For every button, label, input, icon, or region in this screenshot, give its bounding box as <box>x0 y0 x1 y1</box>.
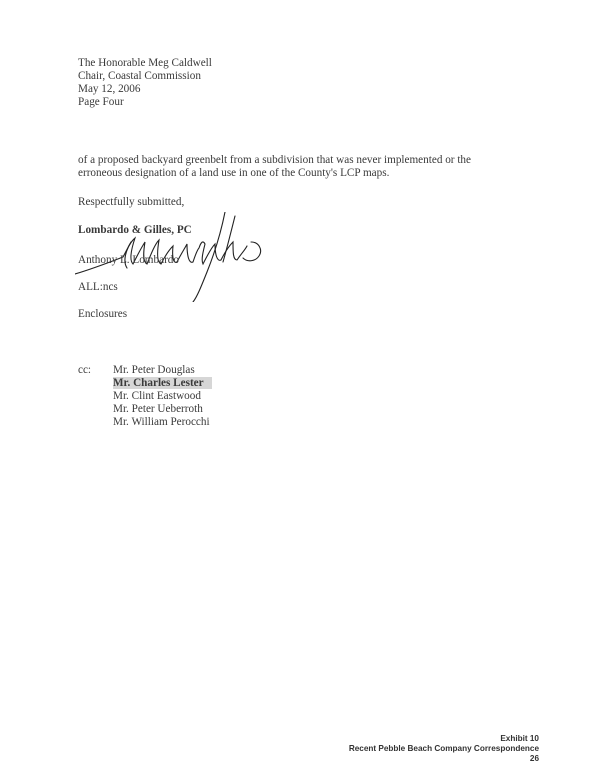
recipient-name: The Honorable Meg Caldwell <box>78 57 212 70</box>
exhibit-page-number: 26 <box>530 754 539 764</box>
body-line-1: of a proposed backyard greenbelt from a … <box>78 154 471 167</box>
exhibit-subject: Recent Pebble Beach Company Corresponden… <box>349 744 539 754</box>
recipient-title: Chair, Coastal Commission <box>78 70 201 83</box>
enclosures-label: Enclosures <box>78 308 127 321</box>
letter-date: May 12, 2006 <box>78 83 140 96</box>
signer-name: Anthony L. Lombardo <box>78 254 179 267</box>
cc-recipient: Mr. Charles Lester <box>113 377 212 389</box>
cc-label: cc: <box>78 364 91 377</box>
cc-recipient: Mr. Clint Eastwood <box>113 390 201 403</box>
typist-initials: ALL:ncs <box>78 281 118 294</box>
body-line-2: erroneous designation of a land use in o… <box>78 167 389 180</box>
cc-recipient-highlighted: Mr. Charles Lester <box>113 377 212 390</box>
salutation: Respectfully submitted, <box>78 196 184 209</box>
exhibit-label: Exhibit 10 <box>500 734 539 744</box>
cc-recipient: Mr. Peter Ueberroth <box>113 403 203 416</box>
page-label: Page Four <box>78 96 124 109</box>
cc-recipient: Mr. Peter Douglas <box>113 364 195 377</box>
cc-recipient: Mr. William Perocchi <box>113 416 210 429</box>
